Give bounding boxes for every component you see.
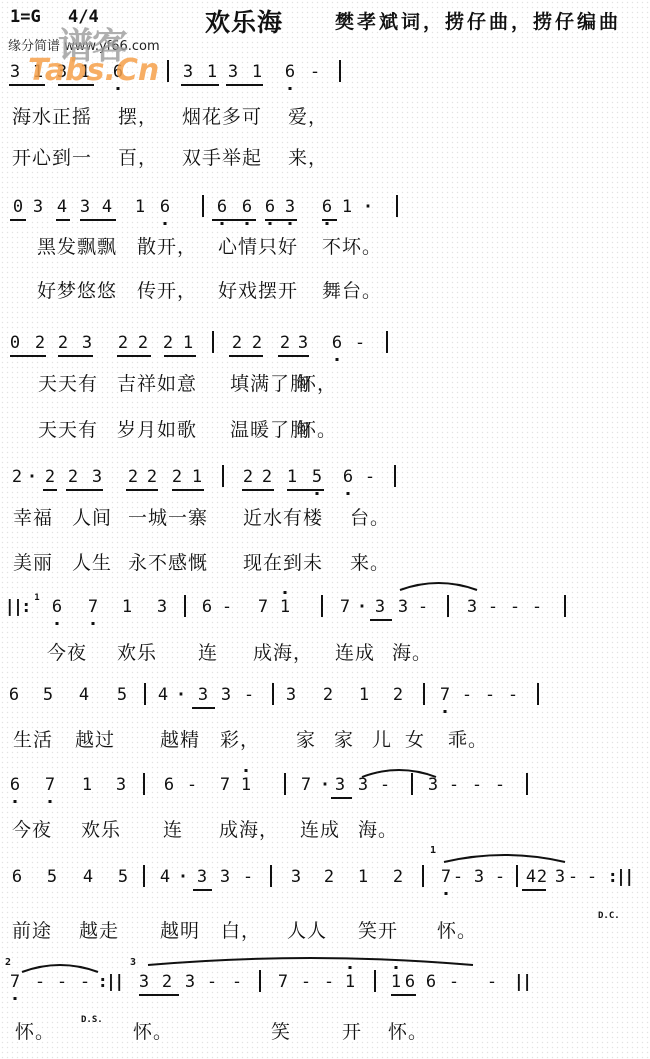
barline	[272, 683, 274, 705]
note: 3	[428, 774, 438, 796]
note: 2	[172, 466, 182, 488]
note: 3	[10, 61, 20, 83]
octave-dot-below	[92, 622, 95, 625]
lyric-segment: 心情只好	[218, 235, 298, 259]
note: 3	[285, 196, 295, 218]
note: 6	[343, 466, 353, 488]
lyric-segment: 海。	[358, 818, 398, 842]
barline	[284, 773, 286, 795]
dash-hold: -	[449, 774, 459, 796]
lyric-segment: 连	[163, 818, 183, 842]
lyric-segment: 开心到一	[12, 146, 92, 170]
lyric-segment: 天天有	[38, 372, 98, 396]
note: 1	[287, 466, 297, 488]
note: 1	[252, 61, 262, 83]
song-title: 欢乐海	[205, 3, 283, 39]
note: 2	[128, 466, 138, 488]
beam-underline	[10, 355, 46, 357]
note: 6	[12, 866, 22, 888]
note: 7	[88, 596, 98, 618]
beam-underline	[126, 489, 158, 491]
note: 7	[258, 596, 268, 618]
dash-hold: -	[243, 866, 253, 888]
lyric-segment: 怀，	[297, 372, 337, 396]
sheet-music-page: 1=G 4/4 欢乐海 樊孝斌词，捞仔曲，捞仔编曲 缘分简谱 www.yf66.…	[0, 0, 650, 1059]
augmentation-dot: ·	[363, 196, 373, 218]
beam-underline	[265, 219, 297, 221]
repeat-sign: :||	[608, 866, 633, 888]
lyric-segment: 欢乐	[81, 818, 121, 842]
note: 2	[537, 866, 547, 888]
octave-dot-above	[245, 769, 248, 772]
lyric-segment: 连成	[335, 641, 375, 665]
lyric-segment: 女	[405, 728, 425, 752]
slur-arc	[444, 855, 565, 862]
lyric-segment: 儿	[372, 728, 392, 752]
barline	[270, 865, 272, 887]
barline	[143, 865, 145, 887]
barline	[167, 60, 169, 82]
note: 6	[322, 196, 332, 218]
dash-hold: -	[380, 774, 390, 796]
lyric-segment: 传开，	[137, 279, 197, 303]
note: 2	[163, 332, 173, 354]
octave-dot-below	[14, 997, 17, 1000]
lyric-segment: 海水正摇	[12, 105, 92, 129]
dash-hold: -	[485, 684, 495, 706]
note: 2	[147, 466, 157, 488]
note: 7	[440, 684, 450, 706]
dash-hold: -	[57, 971, 67, 993]
octave-dot-below	[444, 710, 447, 713]
dash-hold: -	[244, 684, 254, 706]
dash-hold: -	[487, 971, 497, 993]
augmentation-dot: ·	[27, 466, 37, 488]
volta-ending-label: 2	[5, 958, 11, 968]
key-signature: 1=G	[10, 7, 41, 27]
note: 1	[183, 332, 193, 354]
octave-dot-below	[164, 222, 167, 225]
song-credits: 樊孝斌词，捞仔曲，捞仔编曲	[335, 7, 621, 34]
beam-underline	[172, 489, 204, 491]
octave-dot-below	[336, 358, 339, 361]
note: 6	[405, 971, 415, 993]
beam-underline	[193, 889, 212, 891]
note: 2	[393, 684, 403, 706]
barline	[447, 595, 449, 617]
note: 3	[185, 971, 195, 993]
barline	[537, 683, 539, 705]
lyric-segment: 舞台。	[322, 279, 382, 303]
lyric-segment: 怀。	[388, 1020, 428, 1044]
lyric-segment: 越过	[75, 728, 115, 752]
beam-underline	[139, 994, 179, 996]
dash-hold: -	[35, 971, 45, 993]
repeat-sign: ||	[514, 971, 530, 993]
lyric-segment: 成海，	[253, 641, 313, 665]
lyric-segment: 越走	[79, 919, 119, 943]
note: 7	[441, 866, 451, 888]
dash-hold: -	[232, 971, 242, 993]
beam-underline	[10, 219, 26, 221]
lyric-segment: 彩，	[220, 728, 260, 752]
lyric-segment: 怀。	[15, 1020, 55, 1044]
note: 7	[278, 971, 288, 993]
note: 6	[426, 971, 436, 993]
note: 3	[183, 61, 193, 83]
lyric-segment: 白，	[221, 919, 261, 943]
note: 3	[474, 866, 484, 888]
note: 2	[262, 466, 272, 488]
octave-dot-below	[347, 492, 350, 495]
note: 3	[80, 196, 90, 218]
dash-hold: -	[587, 866, 597, 888]
lyric-segment: 黑发飘飘	[37, 235, 117, 259]
dash-hold: -	[365, 466, 375, 488]
dash-hold: -	[495, 866, 505, 888]
dash-hold: -	[301, 971, 311, 993]
lyric-segment: 永不感慨	[128, 551, 208, 575]
beam-underline	[56, 219, 70, 221]
note: 6	[242, 196, 252, 218]
dash-hold: -	[508, 684, 518, 706]
note: 6	[160, 196, 170, 218]
lyric-segment: 来，	[288, 146, 328, 170]
note: 5	[47, 866, 57, 888]
beam-underline	[278, 355, 309, 357]
lyric-segment: 好梦悠悠	[37, 279, 117, 303]
note: 2	[280, 332, 290, 354]
note: 1	[391, 971, 401, 993]
note: 3	[555, 866, 565, 888]
slur-arc	[148, 958, 473, 965]
dash-hold: -	[418, 596, 428, 618]
note: 7	[220, 774, 230, 796]
lyric-segment: 人生	[72, 551, 112, 575]
note: 3	[220, 866, 230, 888]
volta-ending-label: 3	[130, 958, 136, 968]
note: 6	[265, 196, 275, 218]
note: 7	[10, 971, 20, 993]
navigation-mark: D.C.	[598, 911, 620, 921]
beam-underline	[192, 707, 215, 709]
note: 3	[358, 774, 368, 796]
lyric-segment: 天天有	[38, 418, 98, 442]
note: 6	[164, 774, 174, 796]
note: 7	[45, 774, 55, 796]
dash-hold: -	[222, 596, 232, 618]
lyric-segment: 好戏摆开	[218, 279, 298, 303]
note: 3	[82, 332, 92, 354]
octave-dot-below	[289, 222, 292, 225]
dash-hold: -	[532, 596, 542, 618]
barline	[564, 595, 566, 617]
note: 4	[102, 196, 112, 218]
lyric-segment: 百，	[118, 146, 158, 170]
beam-underline	[229, 355, 263, 357]
augmentation-dot: ·	[320, 774, 330, 796]
lyric-segment: 越精	[160, 728, 200, 752]
lyric-segment: 怀。	[297, 418, 337, 442]
note: 3	[157, 596, 167, 618]
note: 2	[12, 466, 22, 488]
note: 3	[221, 684, 231, 706]
octave-dot-below	[445, 892, 448, 895]
note: 0	[10, 332, 20, 354]
beam-underline	[522, 889, 546, 891]
lyric-segment: 爱，	[288, 105, 328, 129]
lyric-segment: 台。	[350, 506, 390, 530]
note: 1	[135, 196, 145, 218]
barline	[339, 60, 341, 82]
barline	[526, 773, 528, 795]
octave-dot-below	[316, 492, 319, 495]
note: 6	[332, 332, 342, 354]
note: 3	[335, 774, 345, 796]
barline	[222, 465, 224, 487]
note: 3	[375, 596, 385, 618]
barline	[394, 465, 396, 487]
octave-dot-below	[269, 222, 272, 225]
note: 2	[232, 332, 242, 354]
lyric-segment: 笑	[271, 1020, 291, 1044]
lyric-segment: 连	[198, 641, 218, 665]
lyric-segment: 海。	[392, 641, 432, 665]
note: 3	[198, 684, 208, 706]
beam-underline	[58, 355, 93, 357]
note: 5	[43, 684, 53, 706]
lyric-segment: 怀。	[437, 919, 477, 943]
volta-ending-label: 1	[430, 846, 436, 856]
dash-hold: -	[495, 774, 505, 796]
beam-underline	[226, 84, 263, 86]
note: 1	[345, 971, 355, 993]
octave-dot-above	[349, 966, 352, 969]
lyric-segment: 一城一寨	[128, 506, 208, 530]
slur-arc	[362, 770, 436, 777]
dash-hold: -	[488, 596, 498, 618]
lyric-segment: 家	[334, 728, 354, 752]
note: 2	[324, 866, 334, 888]
note: 1	[359, 684, 369, 706]
note: 1	[241, 774, 251, 796]
note: 4	[526, 866, 536, 888]
lyric-segment: 今夜	[47, 641, 87, 665]
note: 3	[398, 596, 408, 618]
note: 3	[197, 866, 207, 888]
barline	[259, 970, 261, 992]
note: 2	[68, 466, 78, 488]
lyric-segment: 家	[296, 728, 316, 752]
note: 2	[393, 866, 403, 888]
note: 1	[280, 596, 290, 618]
note: 3	[467, 596, 477, 618]
dash-hold: -	[453, 866, 463, 888]
lyric-segment: 越明	[160, 919, 200, 943]
note: 2	[138, 332, 148, 354]
augmentation-dot: ·	[357, 596, 367, 618]
repeat-sign: :||	[98, 971, 123, 993]
note: 2	[118, 332, 128, 354]
lyric-segment: 人人	[287, 919, 327, 943]
octave-dot-below	[246, 222, 249, 225]
dash-hold: -	[568, 866, 578, 888]
barline	[422, 865, 424, 887]
note: 1	[82, 774, 92, 796]
barline	[143, 773, 145, 795]
note: 6	[217, 196, 227, 218]
small-marker: 1	[34, 593, 39, 603]
note: 5	[117, 684, 127, 706]
navigation-mark: D.S.	[81, 1015, 103, 1025]
lyric-segment: 笑开	[358, 919, 398, 943]
barline	[516, 865, 518, 887]
note: 5	[312, 466, 322, 488]
octave-dot-below	[56, 622, 59, 625]
dash-hold: -	[462, 684, 472, 706]
barline	[144, 683, 146, 705]
barline	[212, 331, 214, 353]
dash-hold: -	[355, 332, 365, 354]
note: 6	[10, 774, 20, 796]
note: 3	[116, 774, 126, 796]
note: 6	[9, 684, 19, 706]
lyric-segment: 怀。	[133, 1020, 173, 1044]
barline	[184, 595, 186, 617]
lyric-segment: 烟花多可	[182, 105, 262, 129]
note: 3	[33, 196, 43, 218]
octave-dot-below	[221, 222, 224, 225]
octave-dot-below	[49, 800, 52, 803]
note: 2	[35, 332, 45, 354]
lyric-segment: 幸福	[13, 506, 53, 530]
octave-dot-below	[289, 87, 292, 90]
octave-dot-above	[395, 966, 398, 969]
lyric-segment: 摆，	[118, 105, 158, 129]
barline	[374, 970, 376, 992]
note: 4	[57, 196, 67, 218]
note: 3	[286, 684, 296, 706]
note: 4	[83, 866, 93, 888]
lyric-segment: 成海，	[219, 818, 279, 842]
barline	[396, 195, 398, 217]
beam-underline	[287, 489, 324, 491]
note: 5	[118, 866, 128, 888]
watermark-tabs-cn: Tabs.Cn	[28, 53, 159, 88]
dash-hold: -	[207, 971, 217, 993]
lyric-segment: 现在到未	[243, 551, 323, 575]
lyric-segment: 开	[342, 1020, 362, 1044]
beam-underline	[181, 84, 219, 86]
note: 2	[45, 466, 55, 488]
lyric-segment: 美丽	[13, 551, 53, 575]
beam-underline	[43, 489, 57, 491]
note: 4	[79, 684, 89, 706]
lyric-segment: 连成	[300, 818, 340, 842]
beam-underline	[242, 489, 274, 491]
lyric-segment: 吉祥如意	[117, 372, 197, 396]
note: 2	[58, 332, 68, 354]
lyric-segment: 散开，	[137, 235, 197, 259]
note: 3	[139, 971, 149, 993]
note: 6	[202, 596, 212, 618]
note: 7	[340, 596, 350, 618]
note: 3	[92, 466, 102, 488]
beam-underline	[322, 219, 337, 221]
slur-arc	[400, 583, 477, 590]
lyric-segment: 双手举起	[182, 146, 262, 170]
note: 2	[252, 332, 262, 354]
note: 1	[358, 866, 368, 888]
dash-hold: -	[324, 971, 334, 993]
lyric-segment: 来。	[350, 551, 390, 575]
note: 7	[301, 774, 311, 796]
barline	[423, 683, 425, 705]
dash-hold: -	[80, 971, 90, 993]
octave-dot-below	[14, 800, 17, 803]
note: 4	[158, 684, 168, 706]
barline	[321, 595, 323, 617]
beam-underline	[212, 219, 256, 221]
beam-underline	[164, 355, 196, 357]
dash-hold: -	[472, 774, 482, 796]
beam-underline	[391, 994, 416, 996]
beam-underline	[66, 489, 103, 491]
lyric-segment: 今夜	[12, 818, 52, 842]
note: 6	[52, 596, 62, 618]
note: 0	[13, 196, 23, 218]
beam-underline	[370, 619, 392, 621]
repeat-sign: ||:	[5, 596, 30, 618]
beam-underline	[80, 219, 116, 221]
lyric-segment: 人间	[72, 506, 112, 530]
note: 1	[207, 61, 217, 83]
lyric-segment: 欢乐	[117, 641, 157, 665]
note: 3	[298, 332, 308, 354]
note: 1	[122, 596, 132, 618]
augmentation-dot: ·	[176, 684, 186, 706]
lyric-segment: 岁月如歌	[117, 418, 197, 442]
note: 4	[160, 866, 170, 888]
note: 6	[285, 61, 295, 83]
dash-hold: -	[510, 596, 520, 618]
octave-dot-below	[326, 222, 329, 225]
beam-underline	[331, 797, 352, 799]
note: 1	[192, 466, 202, 488]
barline	[411, 773, 413, 795]
lyric-segment: 前途	[12, 919, 52, 943]
note: 3	[291, 866, 301, 888]
note: 1	[342, 196, 352, 218]
note: 2	[323, 684, 333, 706]
barline	[386, 331, 388, 353]
lyric-segment: 近水有楼	[243, 506, 323, 530]
note: 3	[228, 61, 238, 83]
beam-underline	[117, 355, 151, 357]
augmentation-dot: ·	[178, 866, 188, 888]
note: 2	[162, 971, 172, 993]
barline	[202, 195, 204, 217]
lyric-segment: 不坏。	[322, 235, 382, 259]
dash-hold: -	[187, 774, 197, 796]
dash-hold: -	[449, 971, 459, 993]
dash-hold: -	[310, 61, 320, 83]
note: 2	[243, 466, 253, 488]
lyric-segment: 乖。	[448, 728, 488, 752]
lyric-segment: 生活	[13, 728, 53, 752]
octave-dot-above	[284, 591, 287, 594]
